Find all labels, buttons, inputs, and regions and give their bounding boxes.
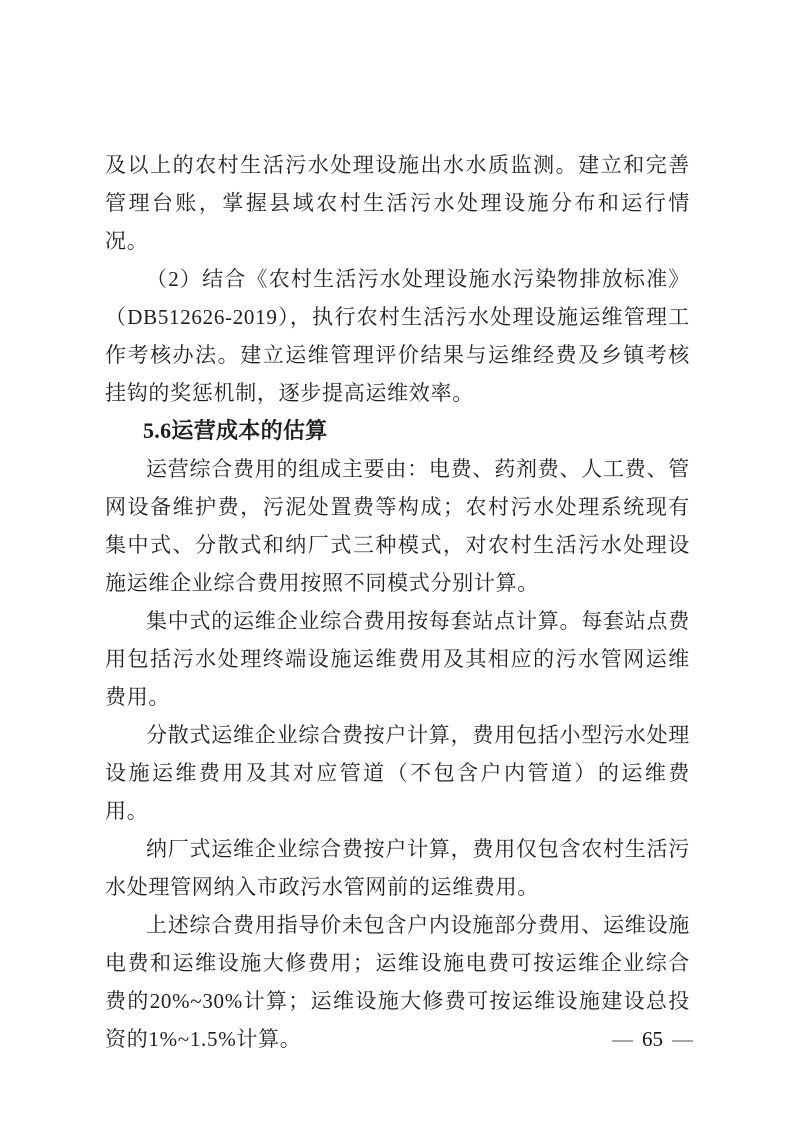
document-page: { "page": { "background_color": "#ffffff…: [0, 0, 793, 1122]
section-heading: 5.6运营成本的估算: [105, 412, 690, 450]
document-body: 及以上的农村生活污水处理设施出水水质监测。建立和完善管理台账，掌握县域农村生活污…: [105, 146, 690, 1058]
page-background: 及以上的农村生活污水处理设施出水水质监测。建立和完善管理台账，掌握县域农村生活污…: [0, 0, 793, 1122]
paragraph-cost-composition: 运营综合费用的组成主要由：电费、药剂费、人工费、管网设备维护费，污泥处置费等构成…: [105, 450, 690, 602]
paragraph-distributed-mode: 分散式运维企业综合费按户计算，费用包括小型污水处理设施运维费用及其对应管道（不包…: [105, 716, 690, 830]
section-heading-title: 运营成本的估算: [171, 418, 327, 443]
paragraph-continuation: 及以上的农村生活污水处理设施出水水质监测。建立和完善管理台账，掌握县域农村生活污…: [105, 146, 690, 260]
page-footer: —65—: [612, 1024, 693, 1054]
page-number-dash-right: —: [672, 1027, 693, 1051]
paragraph-fee-notes: 上述综合费用指导价未包含户内设施部分费用、运维设施电费和运维设施大修费用；运维设…: [105, 906, 690, 1058]
page-number: 65: [642, 1027, 663, 1051]
page-number-dash-left: —: [612, 1027, 633, 1051]
paragraph-centralized-mode: 集中式的运维企业综合费用按每套站点计算。每套站点费用包括污水处理终端设施运维费用…: [105, 602, 690, 716]
paragraph-plant-mode: 纳厂式运维企业综合费按户计算，费用仅包含农村生活污水处理管网纳入市政污水管网前的…: [105, 830, 690, 906]
paragraph-item-2: （2）结合《农村生活污水处理设施水污染物排放标准》（DB512626-2019）…: [105, 260, 690, 412]
section-heading-number: 5.6: [143, 418, 171, 443]
